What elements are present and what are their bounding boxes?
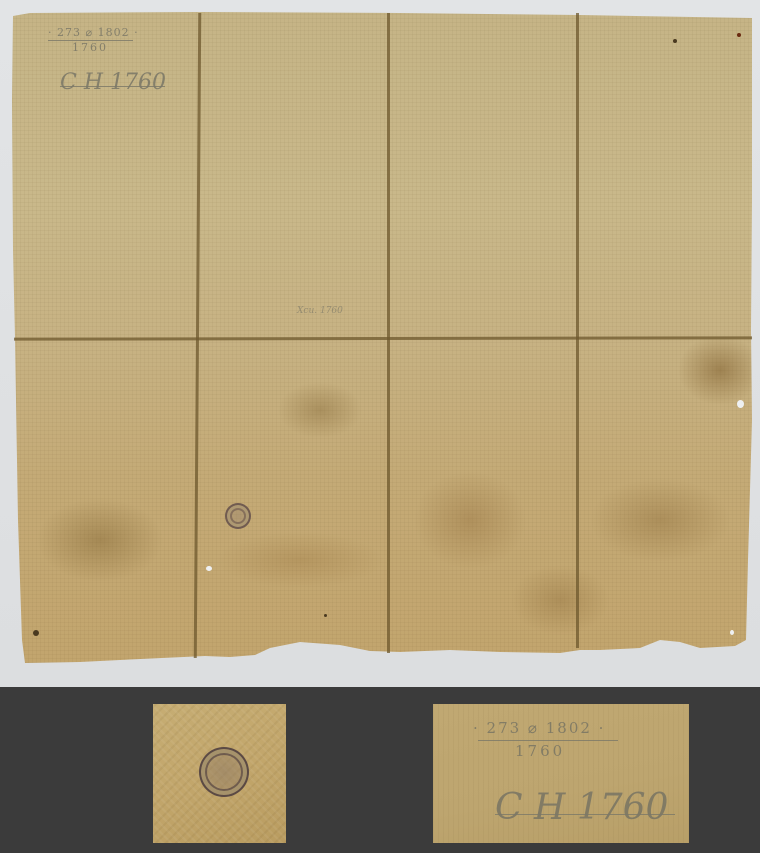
ink-stamp-magnified xyxy=(199,747,249,797)
stain-speck xyxy=(33,630,39,636)
detail-panel: · 273 ⌀ 1802 · 1760 C H 1760 xyxy=(0,687,760,853)
pencil-main-annotation: C H 1760 xyxy=(60,70,166,95)
annotation-detail-thumbnail: · 273 ⌀ 1802 · 1760 C H 1760 xyxy=(433,704,689,843)
stamp-detail-thumbnail xyxy=(153,704,286,843)
pencil-center-note: Xcu. 1760 xyxy=(297,306,343,316)
fold-line-vertical-3 xyxy=(576,13,579,648)
folded-document: · 273 ⌀ 1802 · 1760 C H 1760 Xcu. 1760 xyxy=(0,0,760,687)
pencil-accession-number: · 273 ⌀ 1802 · xyxy=(48,26,139,39)
pencil-strikethrough xyxy=(60,86,165,87)
paper-hole xyxy=(730,630,734,635)
pencil-accession-number-magnified: · 273 ⌀ 1802 · xyxy=(473,719,605,737)
pencil-year-magnified: 1760 xyxy=(515,742,565,760)
pencil-underline-magnified xyxy=(478,740,618,741)
stain-speck xyxy=(737,33,741,37)
pencil-strikethrough-magnified xyxy=(495,814,675,815)
stain-speck xyxy=(324,614,327,617)
stain-speck xyxy=(673,39,677,43)
pencil-year: 1760 xyxy=(72,41,108,54)
ink-stamp xyxy=(225,503,251,529)
pencil-main-annotation-magnified: C H 1760 xyxy=(495,787,668,828)
paper-hole xyxy=(737,400,744,408)
fold-line-vertical-2 xyxy=(387,13,390,653)
document-sheet xyxy=(0,0,760,687)
paper-hole xyxy=(206,566,212,571)
